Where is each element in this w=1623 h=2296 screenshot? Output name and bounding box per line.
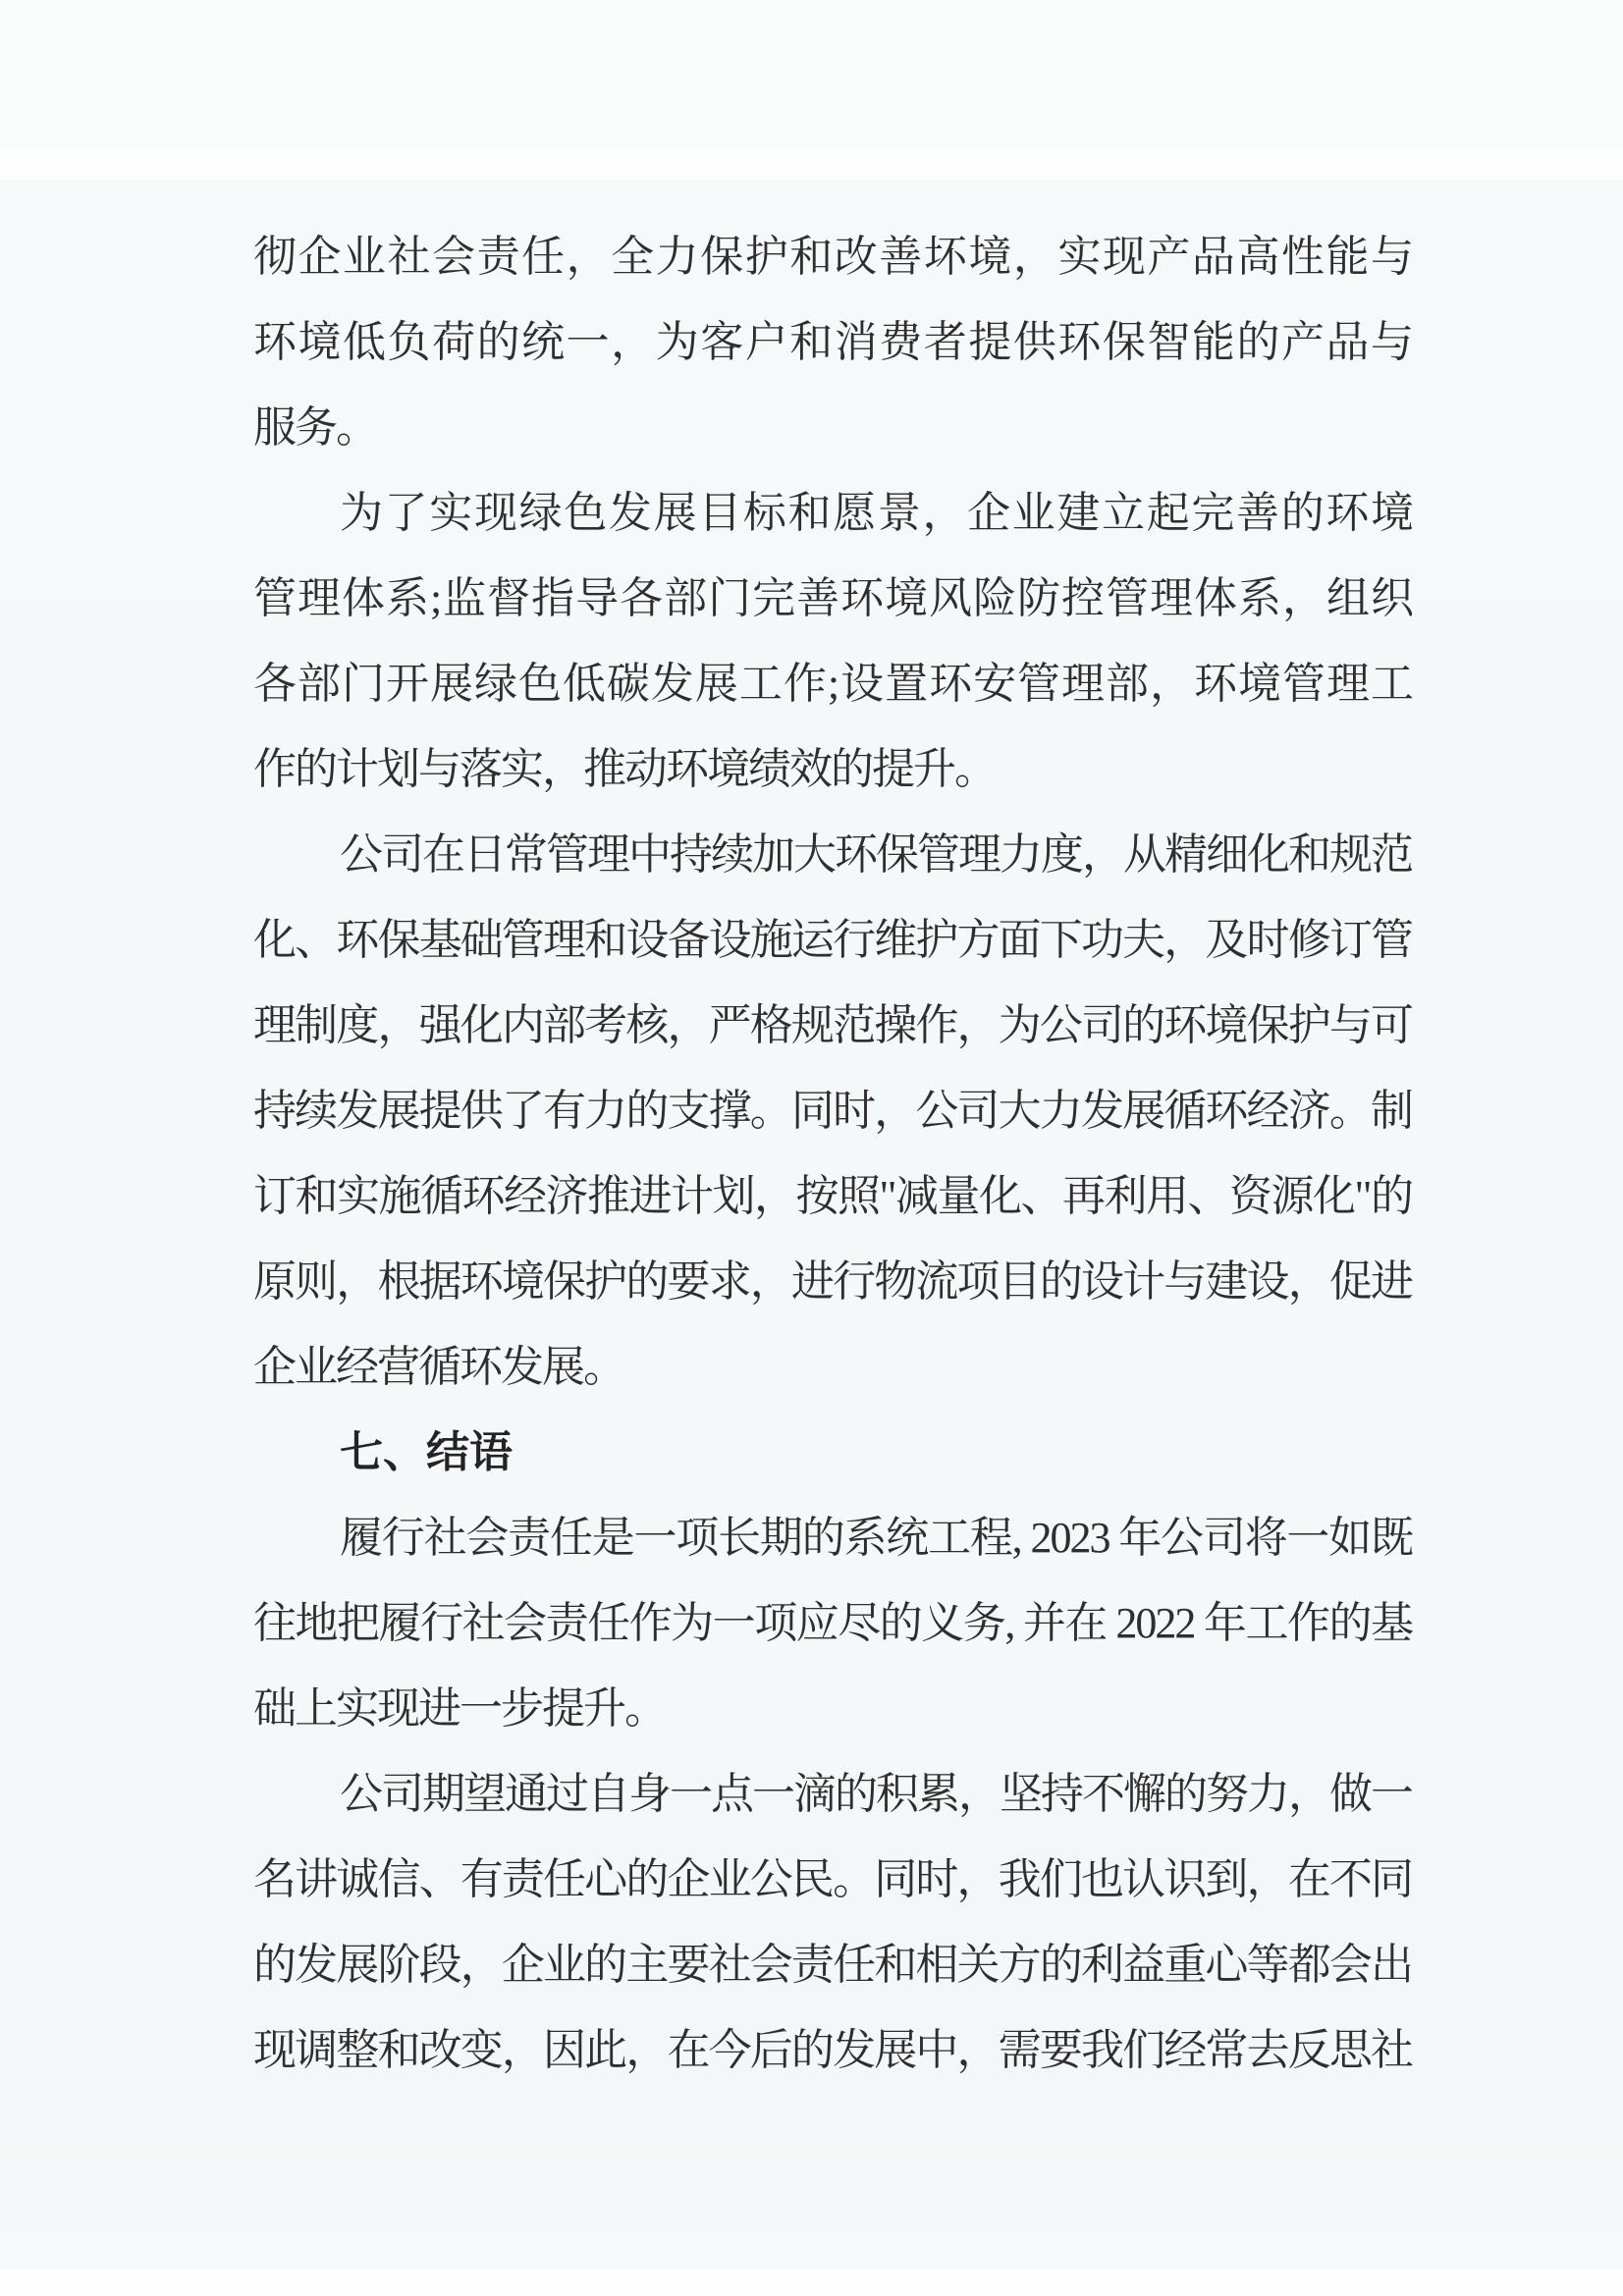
document-line: 服务。 <box>253 385 1412 470</box>
document-line: 彻企业社会责任，全力保护和改善坏境，实现产品高性能与 <box>253 214 1412 299</box>
document-line: 管理体系;监督指导各部门完善环境风险防控管理体系，组织 <box>253 556 1412 641</box>
document-line: 公司在日常管理中持续加大环保管理力度，从精细化和规范 <box>253 812 1412 897</box>
text-block: 彻企业社会责任，全力保护和改善坏境，实现产品高性能与 环境低负荷的统一，为客户和… <box>253 214 1412 2093</box>
document-page: 彻企业社会责任，全力保护和改善坏境，实现产品高性能与 环境低负荷的统一，为客户和… <box>0 0 1623 2296</box>
document-line: 化、环保基础管理和设备设施运行维护方面下功夫，及时修订管 <box>253 897 1412 983</box>
document-line: 企业经营循环发展。 <box>253 1324 1412 1410</box>
document-line: 原则，根据环境保护的要求，进行物流项目的设计与建设，促进 <box>253 1239 1412 1324</box>
document-line: 公司期望通过自身一点一滴的积累，坚持不懈的努力，做一 <box>253 1751 1412 1837</box>
scan-light-band <box>0 147 1623 182</box>
document-line: 的发展阶段，企业的主要社会责任和相关方的利益重心等都会出 <box>253 1922 1412 2007</box>
document-line: 现调整和改变，因此，在今后的发展中，需要我们经常去反思社 <box>253 2007 1412 2093</box>
document-line: 订和实施循环经济推进计划，按照"减量化、再利用、资源化"的 <box>253 1153 1412 1239</box>
document-line: 各部门开展绿色低碳发展工作;设置环安管理部，环境管理工 <box>253 641 1412 726</box>
document-line: 理制度，强化内部考核，严格规范操作，为公司的环境保护与可 <box>253 983 1412 1068</box>
document-line: 往地把履行社会责任作为一项应尽的义务, 并在 2022 年工作的基 <box>253 1580 1412 1666</box>
document-line: 名讲诚信、有责任心的企业公民。同时，我们也认识到，在不同 <box>253 1837 1412 1922</box>
document-line: 环境低负荷的统一，为客户和消费者提供环保智能的产品与 <box>253 299 1412 385</box>
document-line: 为了实现绿色发展目标和愿景，企业建立起完善的环境 <box>253 470 1412 556</box>
document-line: 履行社会责任是一项长期的系统工程, 2023 年公司将一如既 <box>253 1495 1412 1580</box>
document-line: 础上实现进一步提升。 <box>253 1666 1412 1751</box>
document-line: 作的计划与落实，推动环境绩效的提升。 <box>253 726 1412 812</box>
section-heading: 七、结语 <box>253 1410 1412 1495</box>
document-line: 持续发展提供了有力的支撑。同时，公司大力发展循环经济。制 <box>253 1068 1412 1153</box>
scan-white-strip <box>0 2269 1623 2296</box>
